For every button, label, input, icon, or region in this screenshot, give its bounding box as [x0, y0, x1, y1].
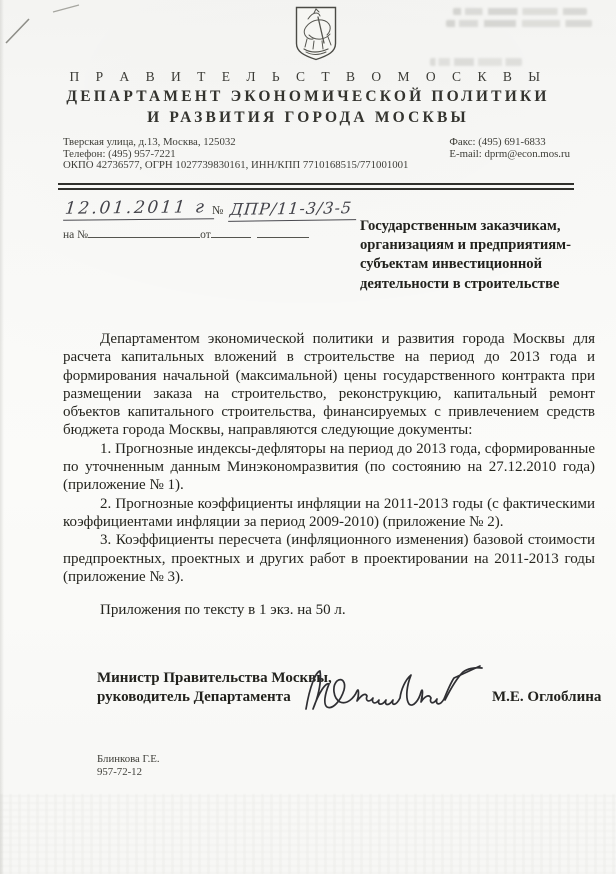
recipient-line: деятельности в строительстве	[360, 275, 595, 294]
letter-body: Департаментом экономической политики и р…	[63, 330, 595, 619]
contact-block-right: Факс: (495) 691-6833 E-mail: dprm@econ.m…	[449, 137, 570, 160]
handwritten-outgoing-number: ДПР/11-3/3-5	[228, 198, 357, 222]
letterhead-department-title-line2: И РАЗВИТИЯ ГОРОДА МОСКВЫ	[0, 109, 616, 127]
executor-block: Блинкова Г.Е. 957-72-12	[97, 753, 160, 778]
handwritten-signature	[296, 653, 492, 725]
body-paragraph-item2: 2. Прогнозные коэффициенты инфляции на 2…	[63, 495, 595, 532]
body-paragraph-item3: 3. Коэффициенты пересчета (инфляционного…	[63, 531, 595, 586]
bleedthrough-artifact	[446, 20, 592, 27]
signer-name: М.Е. Оглоблина	[492, 689, 601, 706]
recipient-line: Государственным заказчикам,	[360, 217, 595, 236]
number-sign: №	[212, 203, 223, 218]
letterhead-government-title: П Р А В И Т Е Л Ь С Т В О М О С К В Ы	[0, 69, 616, 85]
executor-phone: 957-72-12	[97, 766, 160, 779]
paper-crease-marks	[0, 0, 120, 60]
recipient-line: организациям и предприятиям-	[360, 236, 595, 255]
body-paragraph-item1: 1. Прогнозные индексы-дефляторы на перио…	[63, 440, 595, 495]
handwritten-date: 12.01.2011 г	[63, 197, 215, 221]
contact-block-left: Тверская улица, д.13, Москва, 125032 Тел…	[63, 137, 408, 172]
contact-registration: ОКПО 42736577, ОГРН 1027739830161, ИНН/К…	[63, 160, 408, 172]
handwritten-number-text: ДПР/11-3/3-5	[229, 198, 353, 219]
body-paragraph-intro: Департаментом экономической политики и р…	[63, 330, 595, 440]
recipient-block: Государственным заказчикам, организациям…	[360, 217, 595, 294]
contact-fax: Факс: (495) 691-6833	[449, 137, 570, 149]
reply-ot-label: от	[200, 229, 211, 241]
executor-name: Блинкова Г.Е.	[97, 753, 160, 766]
reply-number-blank	[88, 226, 200, 238]
recipient-line: субъектам инвестиционной	[360, 255, 595, 274]
reply-reference-line: на №от	[63, 226, 313, 241]
scanned-letter-page: П Р А В И Т Е Л Ь С Т В О М О С К В Ы ДЕ…	[0, 0, 616, 874]
reply-date-blank2	[257, 226, 309, 238]
bleedthrough-artifact	[453, 8, 587, 15]
contact-address: Тверская улица, д.13, Москва, 125032	[63, 137, 408, 149]
handwritten-date-text: 12.01.2011 г	[64, 197, 207, 219]
scan-edge-shadow	[0, 0, 4, 874]
moscow-coat-of-arms-icon	[294, 5, 338, 62]
scan-noise-artifact	[0, 794, 616, 874]
letterhead-double-rule	[58, 183, 574, 190]
contact-email: E-mail: dprm@econ.mos.ru	[449, 149, 570, 161]
reply-na-label: на №	[63, 229, 88, 241]
attachments-note: Приложения по тексту в 1 экз. на 50 л.	[63, 601, 595, 619]
reply-date-blank	[211, 226, 251, 238]
bleedthrough-artifact	[430, 58, 522, 66]
letterhead-department-title-line1: ДЕПАРТАМЕНТ ЭКОНОМИЧЕСКОЙ ПОЛИТИКИ	[0, 88, 616, 106]
